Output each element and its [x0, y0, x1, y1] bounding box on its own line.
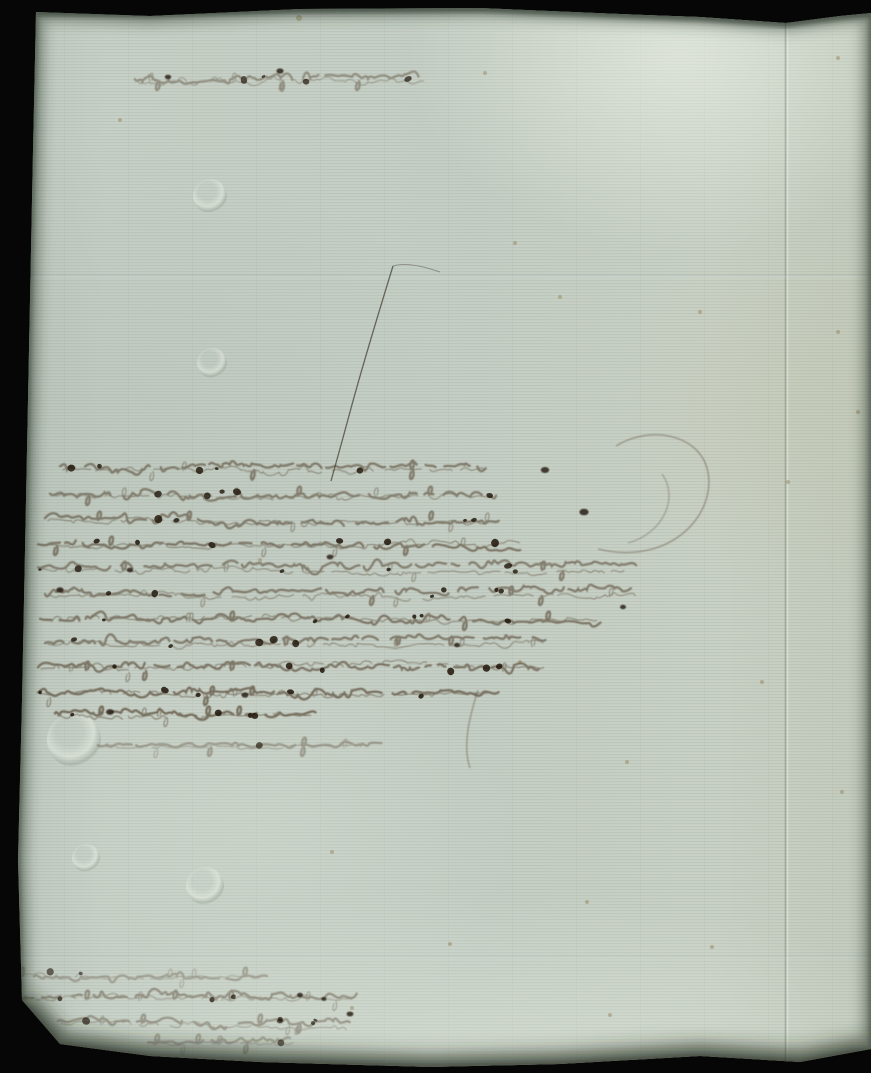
- foxing-spot: [760, 680, 764, 684]
- handwriting-line: [38, 687, 499, 707]
- ink-blot: [297, 993, 303, 997]
- foxing-spot: [448, 942, 452, 946]
- bottom-edge-shadow: [22, 1000, 871, 1067]
- foxing-spot: [856, 410, 860, 414]
- foxing-spot: [836, 330, 840, 334]
- foxing-spot: [786, 480, 790, 484]
- handwriting-line: [60, 461, 486, 481]
- handwriting-line: [55, 707, 316, 727]
- foxing-spot: [118, 118, 122, 122]
- handwriting-line: [98, 738, 381, 758]
- paper-edge-shading-crisp: [18, 8, 871, 1067]
- ink-blot: [454, 643, 460, 647]
- foxing-spot: [836, 56, 840, 60]
- ink-blot: [327, 555, 334, 560]
- foxing-spot: [513, 241, 517, 245]
- handwriting-line: [45, 585, 635, 607]
- handwriting-line: [135, 71, 424, 91]
- ink-bleedthrough-layer: [0, 0, 871, 1073]
- ink-blot: [347, 1012, 354, 1017]
- ink-blot: [56, 587, 64, 592]
- handwriting-line: [17, 968, 267, 988]
- foxing-spot: [350, 1006, 354, 1010]
- handwriting-line: [15, 989, 357, 1011]
- foxing-spot: [585, 900, 589, 904]
- foxing-spot: [608, 1013, 612, 1017]
- paper-edge-shading-soft: [18, 8, 871, 1067]
- ink-blot: [106, 709, 114, 715]
- foxing-spot: [518, 660, 522, 664]
- foxing-spot: [698, 310, 702, 314]
- pen-flourish-arc: [598, 435, 709, 553]
- pen-flourish-arc: [467, 690, 478, 768]
- foxing-spot: [558, 295, 562, 299]
- handwriting-line: [58, 1015, 350, 1035]
- handwriting-line: [45, 512, 499, 532]
- ink-blot: [165, 75, 171, 80]
- pen-flourish-arc: [628, 474, 669, 543]
- handwriting-line: [50, 487, 496, 506]
- foxing-spot: [483, 71, 487, 75]
- ink-blot: [620, 605, 626, 609]
- scratch-crease-line: [331, 266, 393, 481]
- handwriting-line: [38, 537, 520, 557]
- ink-blot: [579, 509, 588, 516]
- foxing-spot: [840, 790, 844, 794]
- scan-background: [0, 0, 871, 1073]
- ink-blot: [277, 1019, 283, 1024]
- ink-blot: [241, 692, 248, 697]
- ink-blot: [127, 568, 133, 573]
- foxing-spot: [625, 760, 629, 764]
- ink-blot: [276, 68, 283, 73]
- scratch-crease-branch: [393, 264, 440, 272]
- foxing-spot: [258, 558, 262, 562]
- ink-blot: [541, 467, 549, 473]
- paper-sheet: [0, 0, 871, 1073]
- foxing-spot: [710, 945, 714, 949]
- handwriting-line: [40, 612, 600, 631]
- ink-blot: [321, 997, 326, 1001]
- foxing-spot: [330, 850, 334, 854]
